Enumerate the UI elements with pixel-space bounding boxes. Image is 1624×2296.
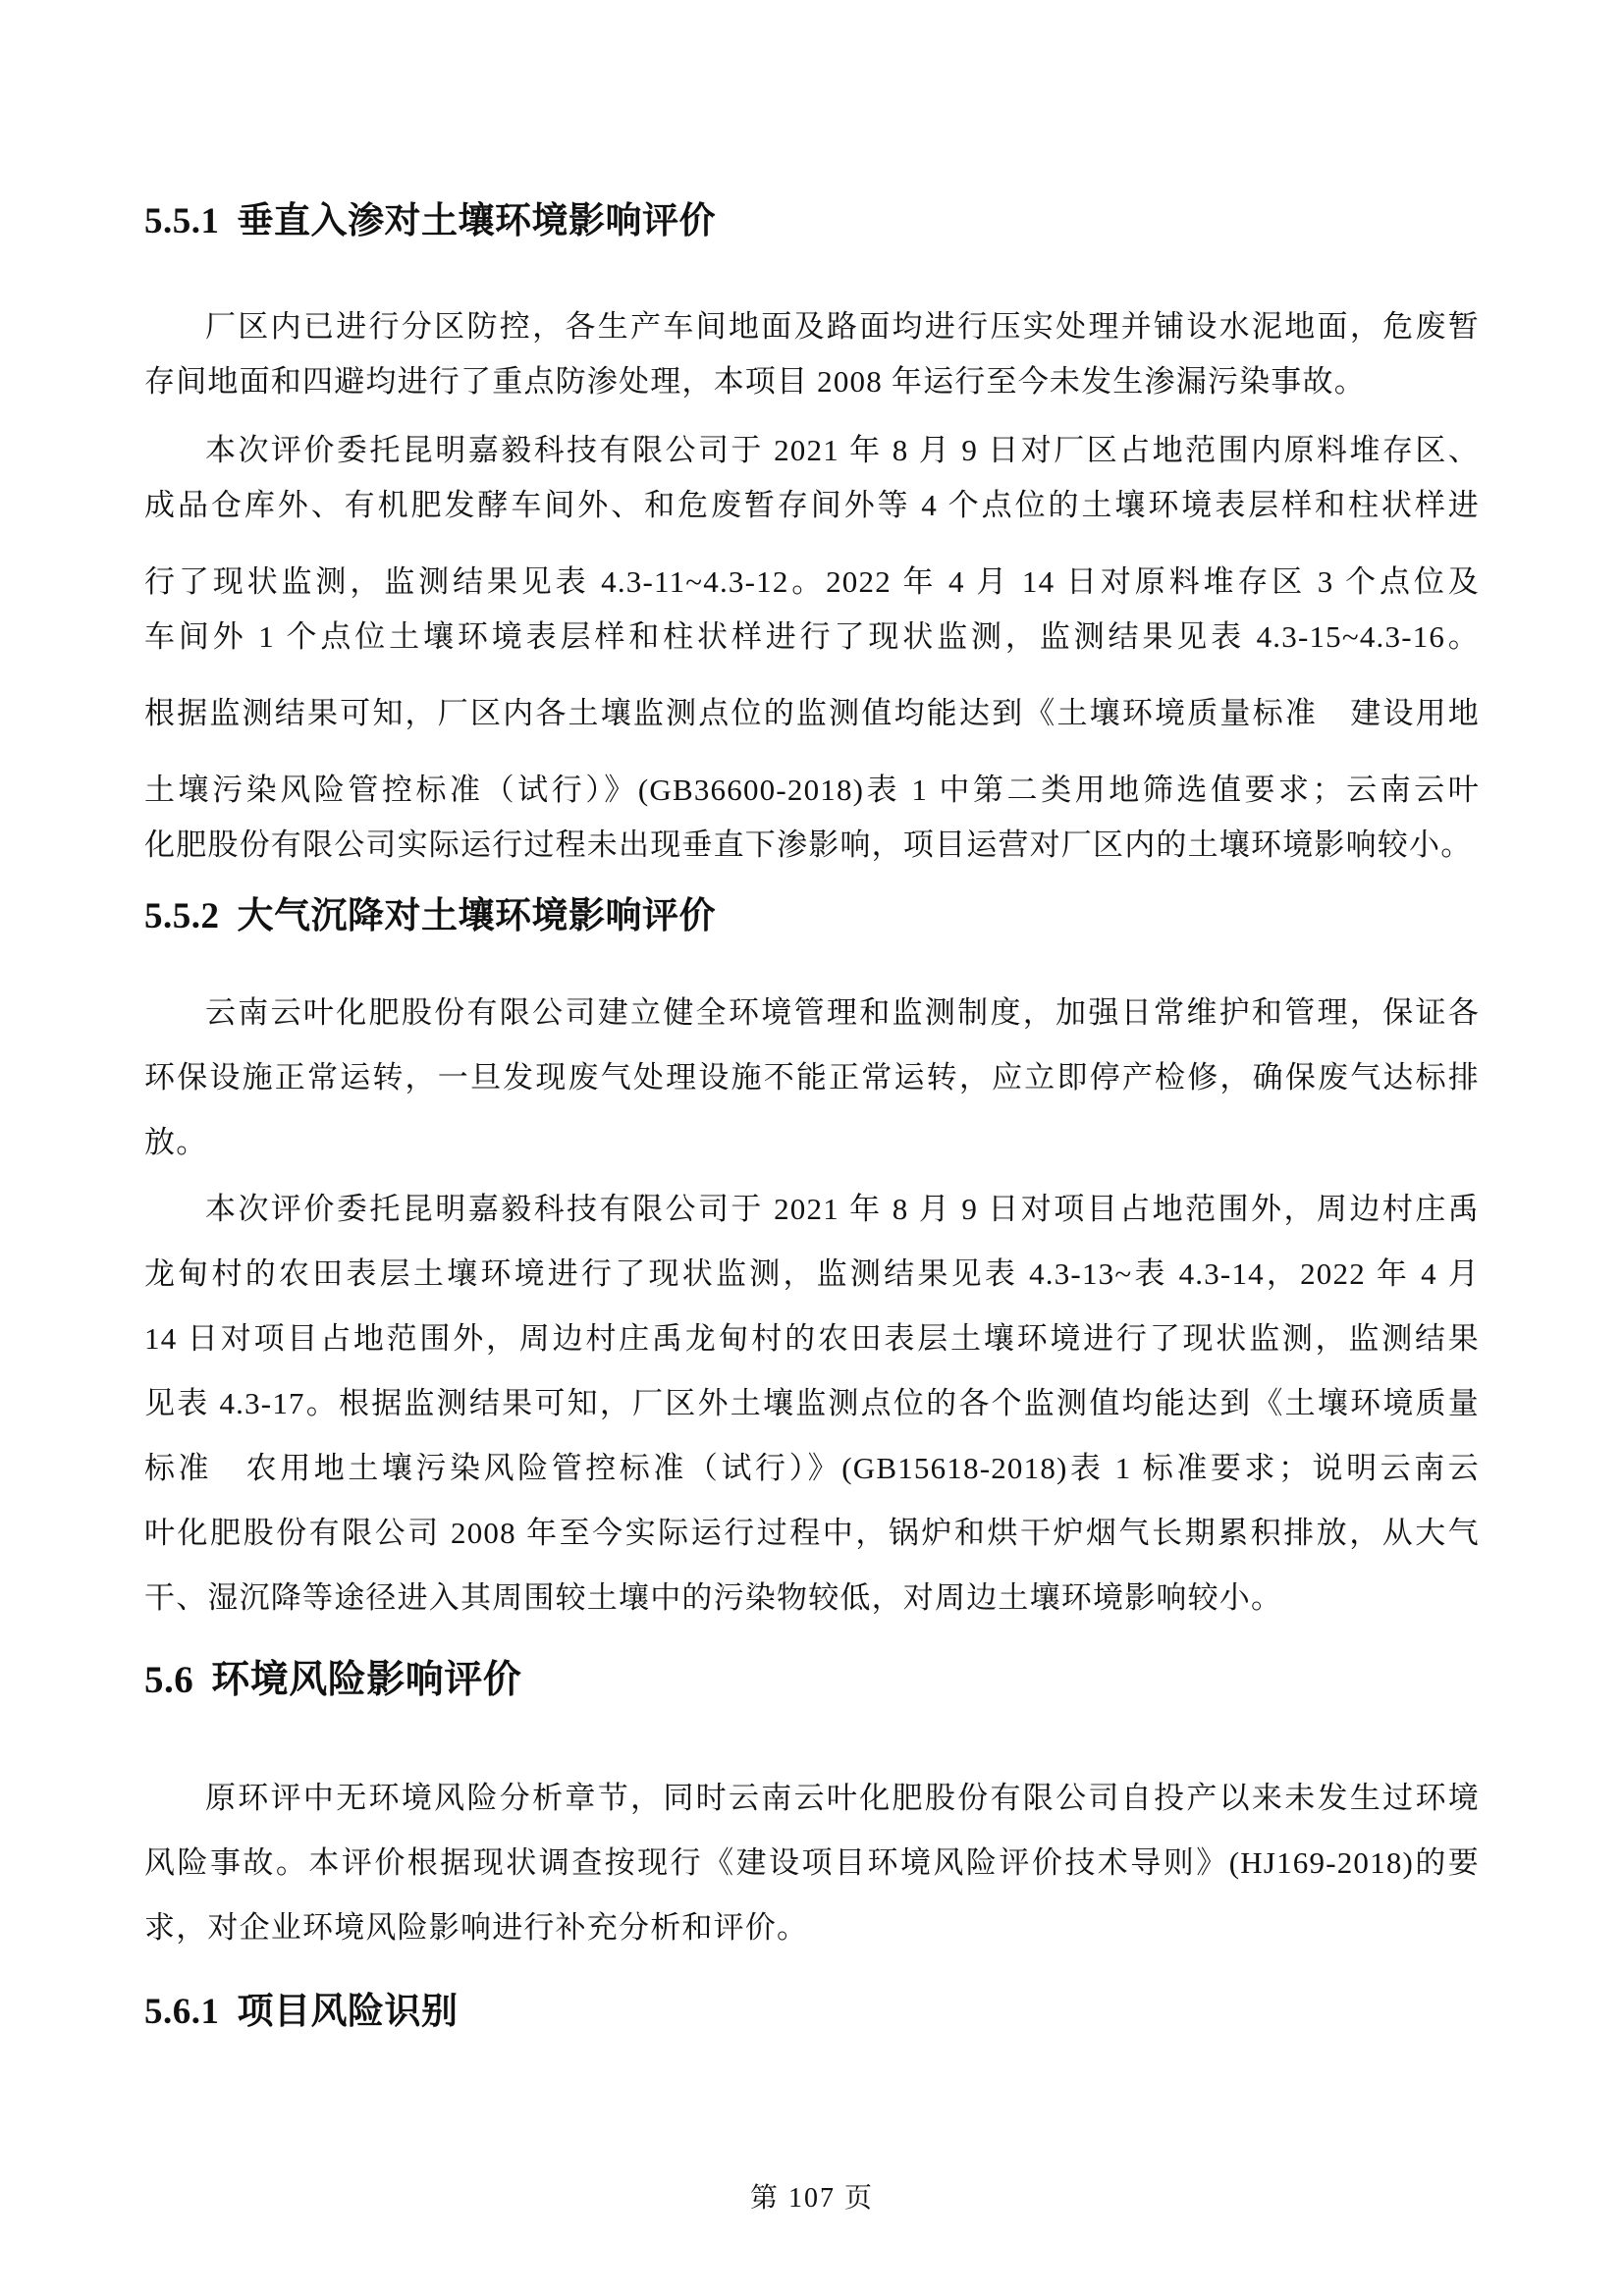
paragraph-line: 云南云叶化肥股份有限公司建立健全环境管理和监测制度，加强日常维护和管理，保证各 — [205, 993, 1480, 1033]
section-number: 5.5.1 — [144, 201, 220, 241]
section-number: 5.6.1 — [144, 1992, 220, 2032]
section-heading-5-6-1: 5.6.1项目风险识别 — [144, 1991, 459, 2034]
section-title: 环境风险影响评价 — [211, 1659, 521, 1701]
section-heading-5-6: 5.6环境风险影响评价 — [144, 1659, 521, 1702]
paragraph-line: 干、湿沉降等途径进入其周围较土壤中的污染物较低，对周边土壤环境影响较小。 — [144, 1578, 1480, 1618]
paragraph-line: 龙甸村的农田表层土壤环境进行了现状监测，监测结果见表 4.3-13~表 4.3-… — [144, 1255, 1480, 1294]
paragraph-line: 土壤污染风险管控标准（试行）》(GB36600-2018)表 1 中第二类用地筛… — [144, 771, 1480, 810]
paragraph-line: 存间地面和四避均进行了重点防渗处理，本项目 2008 年运行至今未发生渗漏污染事… — [144, 362, 1480, 401]
paragraph-line: 根据监测结果可知，厂区内各土壤监测点位的监测值均能达到《土壤环境质量标准 建设用… — [144, 694, 1480, 733]
section-heading-5-5-2: 5.5.2大气沉降对土壤环境影响评价 — [144, 895, 716, 938]
paragraph-line: 14 日对项目占地范围外，周边村庄禹龙甸村的农田表层土壤环境进行了现状监测，监测… — [144, 1319, 1480, 1359]
paragraph-line: 标准 农用地土壤污染风险管控标准（试行）》(GB15618-2018)表 1 标… — [144, 1449, 1480, 1488]
section-number: 5.5.2 — [144, 896, 220, 936]
section-title: 垂直入渗对土壤环境影响评价 — [238, 201, 717, 241]
page-number-footer: 第 107 页 — [0, 2181, 1624, 2216]
paragraph-line: 行了现状监测，监测结果见表 4.3-11~4.3-12。2022 年 4 月 1… — [144, 562, 1480, 602]
paragraph-line: 本次评价委托昆明嘉毅科技有限公司于 2021 年 8 月 9 日对项目占地范围外… — [205, 1190, 1480, 1229]
paragraph-line: 成品仓库外、有机肥发酵车间外、和危废暂存间外等 4 个点位的土壤环境表层样和柱状… — [144, 486, 1480, 525]
paragraph-line: 厂区内已进行分区防控，各生产车间地面及路面均进行压实处理并铺设水泥地面，危废暂 — [205, 307, 1480, 347]
paragraph-line: 环保设施正常运转，一旦发现废气处理设施不能正常运转，应立即停产检修，确保废气达标… — [144, 1058, 1480, 1097]
document-page: 5.5.1垂直入渗对土壤环境影响评价 厂区内已进行分区防控，各生产车间地面及路面… — [0, 0, 1624, 2296]
paragraph-line: 原环评中无环境风险分析章节，同时云南云叶化肥股份有限公司自投产以来未发生过环境 — [205, 1779, 1480, 1818]
paragraph-line: 风险事故。本评价根据现状调查按现行《建设项目环境风险评价技术导则》(HJ169-… — [144, 1843, 1480, 1883]
paragraph-line: 见表 4.3-17。根据监测结果可知，厂区外土壤监测点位的各个监测值均能达到《土… — [144, 1384, 1480, 1423]
paragraph-line: 车间外 1 个点位土壤环境表层样和柱状样进行了现状监测，监测结果见表 4.3-1… — [144, 617, 1480, 657]
paragraph-line: 本次评价委托昆明嘉毅科技有限公司于 2021 年 8 月 9 日对厂区占地范围内… — [205, 431, 1480, 470]
section-number: 5.6 — [144, 1659, 193, 1701]
paragraph-line: 放。 — [144, 1123, 1480, 1162]
section-title: 项目风险识别 — [238, 1992, 459, 2032]
paragraph-line: 求，对企业环境风险影响进行补充分析和评价。 — [144, 1908, 1480, 1948]
paragraph-line: 化肥股份有限公司实际运行过程未出现垂直下渗影响，项目运营对厂区内的土壤环境影响较… — [144, 826, 1480, 865]
section-heading-5-5-1: 5.5.1垂直入渗对土壤环境影响评价 — [144, 200, 716, 243]
paragraph-line: 叶化肥股份有限公司 2008 年至今实际运行过程中，锅炉和烘干炉烟气长期累积排放… — [144, 1514, 1480, 1553]
section-title: 大气沉降对土壤环境影响评价 — [238, 896, 717, 936]
